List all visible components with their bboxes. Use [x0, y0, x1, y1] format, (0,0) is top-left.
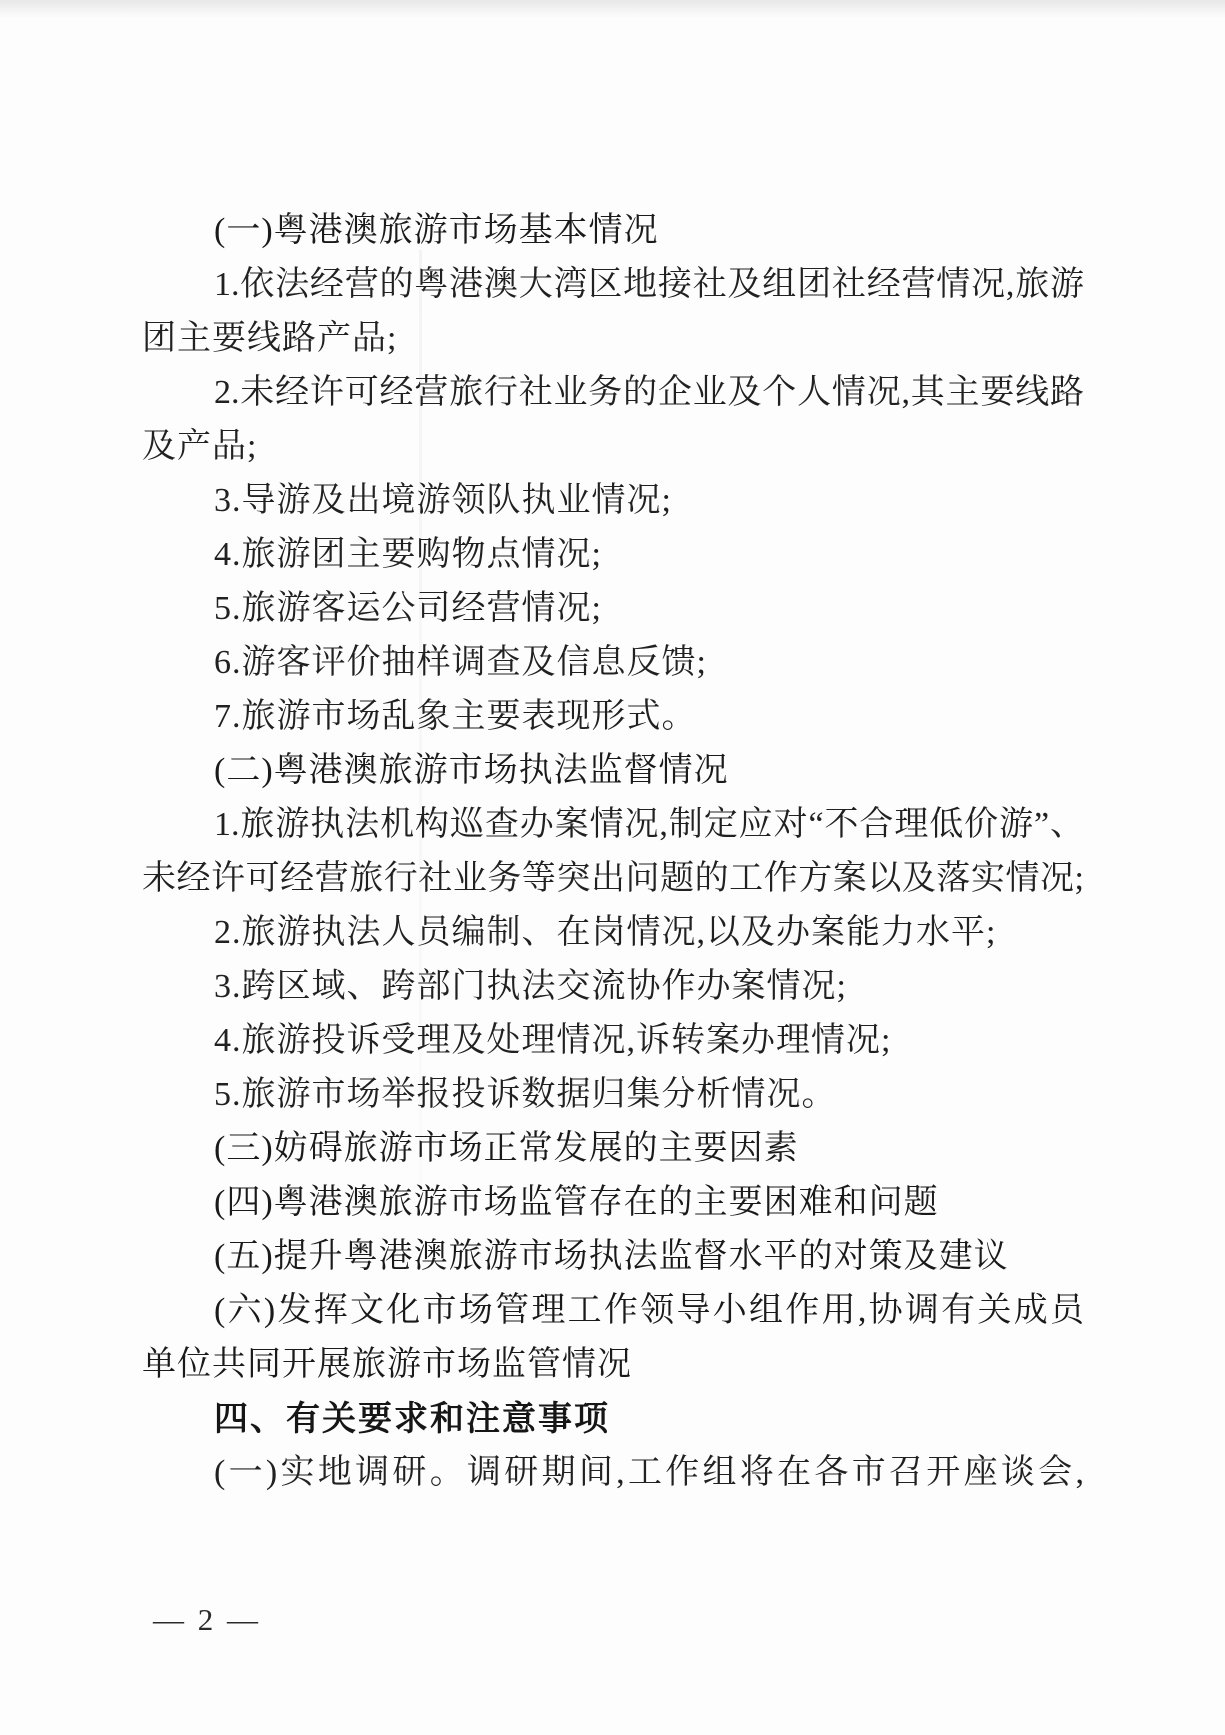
- text-line: (二)粤港澳旅游市场执法监督情况: [142, 744, 1084, 798]
- text-line: 6.游客评价抽样调查及信息反馈;: [142, 636, 1084, 690]
- text-line: 单位共同开展旅游市场监管情况: [142, 1338, 1084, 1392]
- text-line: (五)提升粤港澳旅游市场执法监督水平的对策及建议: [142, 1230, 1084, 1284]
- text-line: 1.旅游执法机构巡查办案情况,制定应对“不合理低价游”、: [142, 798, 1084, 852]
- text-line: 4.旅游投诉受理及处理情况,诉转案办理情况;: [142, 1014, 1084, 1068]
- text-line: 3.导游及出境游领队执业情况;: [142, 474, 1084, 528]
- text-line: 1.依法经营的粤港澳大湾区地接社及组团社经营情况,旅游: [142, 258, 1084, 312]
- text-line: 4.旅游团主要购物点情况;: [142, 528, 1084, 582]
- text-line: 2.旅游执法人员编制、在岗情况,以及办案能力水平;: [142, 906, 1084, 960]
- text-line: (四)粤港澳旅游市场监管存在的主要困难和问题: [142, 1176, 1084, 1230]
- text-line: 未经许可经营旅行社业务等突出问题的工作方案以及落实情况;: [142, 852, 1084, 906]
- text-line: (一)粤港澳旅游市场基本情况: [142, 204, 1084, 258]
- text-line: 5.旅游市场举报投诉数据归集分析情况。: [142, 1068, 1084, 1122]
- text-line: 2.未经许可经营旅行社业务的企业及个人情况,其主要线路: [142, 366, 1084, 420]
- scan-edge-artifact: [0, 0, 1225, 18]
- text-line: 团主要线路产品;: [142, 312, 1084, 366]
- scanned-document-page: (一)粤港澳旅游市场基本情况1.依法经营的粤港澳大湾区地接社及组团社经营情况,旅…: [0, 0, 1225, 1735]
- text-line: 四、有关要求和注意事项: [142, 1392, 1084, 1446]
- text-line: (六)发挥文化市场管理工作领导小组作用,协调有关成员: [142, 1284, 1084, 1338]
- text-line: (一)实地调研。调研期间,工作组将在各市召开座谈会,: [142, 1446, 1084, 1500]
- document-body: (一)粤港澳旅游市场基本情况1.依法经营的粤港澳大湾区地接社及组团社经营情况,旅…: [142, 204, 1084, 1500]
- page-number: — 2 —: [153, 1598, 261, 1642]
- text-line: 5.旅游客运公司经营情况;: [142, 582, 1084, 636]
- text-line: 7.旅游市场乱象主要表现形式。: [142, 690, 1084, 744]
- text-line: (三)妨碍旅游市场正常发展的主要因素: [142, 1122, 1084, 1176]
- text-line: 及产品;: [142, 420, 1084, 474]
- text-line: 3.跨区域、跨部门执法交流协作办案情况;: [142, 960, 1084, 1014]
